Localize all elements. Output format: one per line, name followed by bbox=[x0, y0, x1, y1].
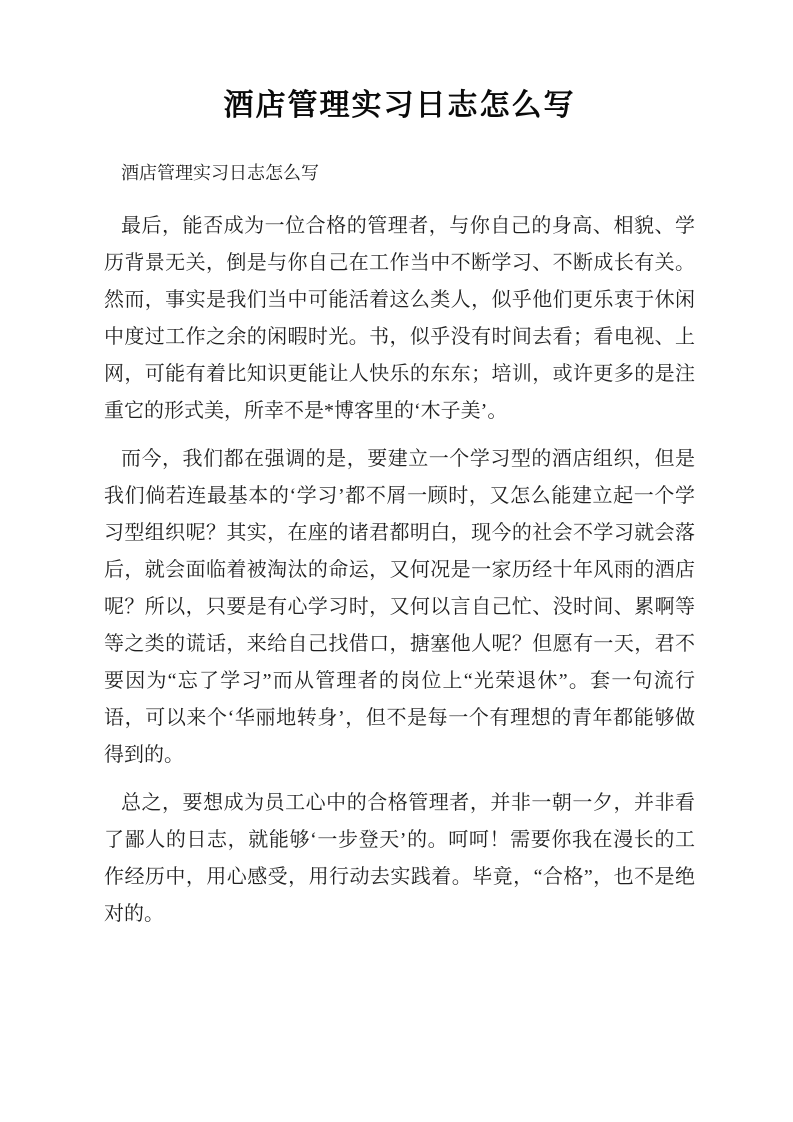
paragraph: 最后，能否成为一位合格的管理者，与你自己的身高、相貌、学历背景无关，倒是与你自己… bbox=[104, 208, 695, 430]
paragraph: 总之，要想成为员工心中的合格管理者，并非一朝一夕，并非看了鄙人的日志，就能够‘一… bbox=[104, 785, 695, 933]
paragraph: 而今，我们都在强调的是，要建立一个学习型的酒店组织，但是我们倘若连最基本的‘学习… bbox=[104, 441, 695, 774]
document-subtitle: 酒店管理实习日志怎么写 bbox=[104, 158, 695, 188]
document-title: 酒店管理实习日志怎么写 bbox=[104, 84, 695, 128]
document-page: 酒店管理实习日志怎么写 酒店管理实习日志怎么写 最后，能否成为一位合格的管理者，… bbox=[0, 0, 793, 1122]
